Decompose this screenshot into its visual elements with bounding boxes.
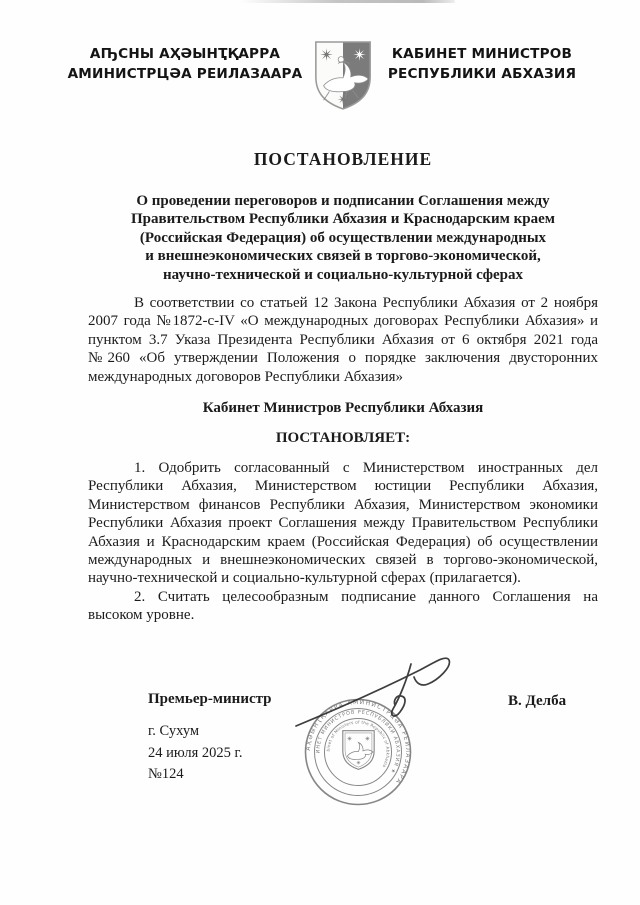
subject-line: научно-технической и социально-культурно…: [88, 266, 598, 284]
org-name-abkhaz: АҦСНЫ АҲӘЫНҬҚАРРА АМИНИСТРЦӘА РЕИЛАЗААРА: [66, 44, 304, 84]
resolution-item-1: 1. Одобрить согласованный с Министерство…: [88, 459, 598, 588]
org-name-russian: КАБИНЕТ МИНИСТРОВ РЕСПУБЛИКИ АБХАЗИЯ: [383, 44, 581, 84]
signing-date: 24 июля 2025 г.: [148, 745, 242, 762]
subject-line: О проведении переговоров и подписании Со…: [88, 192, 598, 210]
coat-of-arms-icon: [311, 37, 375, 113]
org-abkhaz-line2: АМИНИСТРЦӘА РЕИЛАЗААРА: [66, 64, 304, 84]
subject-line: и внешнеэкономических связей в торгово-э…: [88, 247, 598, 265]
scan-artifact: [240, 0, 455, 3]
subject-line: (Российская Федерация) об осуществлении …: [88, 229, 598, 247]
preamble-paragraph: В соответствии со статьей 12 Закона Респ…: [88, 294, 598, 386]
org-russian-line2: РЕСПУБЛИКИ АБХАЗИЯ: [383, 64, 581, 84]
handwritten-signature: [280, 642, 470, 737]
issuer-line: Кабинет Министров Республики Абхазия: [88, 399, 598, 417]
document-number: №124: [148, 766, 184, 783]
document-page: АҦСНЫ АҲӘЫНҬҚАРРА АМИНИСТРЦӘА РЕИЛАЗААРА…: [0, 0, 640, 905]
resolution-items: 1. Одобрить согласованный с Министерство…: [88, 459, 598, 625]
document-subject: О проведении переговоров и подписании Со…: [88, 192, 598, 284]
resolution-item-2: 2. Считать целесообразным подписание дан…: [88, 588, 598, 625]
document-body: ПОСТАНОВЛЕНИЕ О проведении переговоров и…: [88, 148, 598, 625]
subject-line: Правительством Республики Абхазия и Крас…: [88, 210, 598, 228]
signing-city: г. Сухум: [148, 723, 199, 740]
signer-name: В. Делба: [508, 693, 566, 710]
signer-post: Премьер-министр: [148, 691, 272, 708]
org-abkhaz-line1: АҦСНЫ АҲӘЫНҬҚАРРА: [66, 44, 304, 64]
resolves-line: ПОСТАНОВЛЯЕТ:: [88, 429, 598, 447]
document-type-title: ПОСТАНОВЛЕНИЕ: [88, 148, 598, 170]
org-russian-line1: КАБИНЕТ МИНИСТРОВ: [383, 44, 581, 64]
